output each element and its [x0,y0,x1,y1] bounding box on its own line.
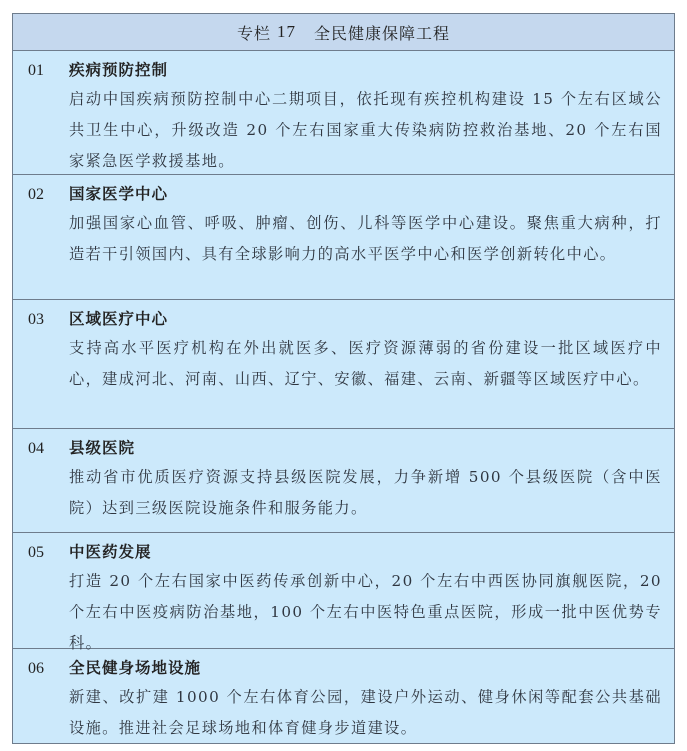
section-number: 01 [13,62,69,80]
section-title: 全民健身场地设施 [69,656,201,678]
section-body: 打造 20 个左右国家中医药传承创新中心，20 个左右中西医协同旗舰医院，20 … [69,566,662,659]
section-number: 03 [13,311,69,329]
section-regional-medical-center: 03区域医疗中心 支持高水平医疗机构在外出就医多、医疗资源薄弱的省份建设一批区域… [13,300,674,429]
column-panel: 专栏 17 全民健康保障工程 01疾病预防控制 启动中国疾病预防控制中心二期项目… [12,13,675,744]
section-body: 支持高水平医疗机构在外出就医多、医疗资源薄弱的省份建设一批区域医疗中心，建成河北… [69,333,662,395]
section-title: 区域医疗中心 [69,307,168,329]
header-title: 全民健康保障工程 [314,21,450,44]
panel-header: 专栏 17 全民健康保障工程 [13,14,674,51]
header-label: 专栏 [237,21,271,44]
section-body: 加强国家心血管、呼吸、肿瘤、创伤、儿科等医学中心建设。聚焦重大病种，打造若干引领… [69,208,662,270]
section-number: 05 [13,544,69,562]
section-tcm-development: 05中医药发展 打造 20 个左右国家中医药传承创新中心，20 个左右中西医协同… [13,533,674,649]
section-body: 启动中国疾病预防控制中心二期项目，依托现有疾控机构建设 15 个左右区域公共卫生… [69,84,662,177]
section-body: 新建、改扩建 1000 个左右体育公园，建设户外运动、健身休闲等配套公共基础设施… [69,682,662,744]
section-national-medical-center: 02国家医学中心 加强国家心血管、呼吸、肿瘤、创伤、儿科等医学中心建设。聚焦重大… [13,175,674,300]
section-title: 疾病预防控制 [69,58,168,80]
section-county-hospital: 04县级医院 推动省市优质医疗资源支持县级医院发展，力争新增 500 个县级医院… [13,429,674,533]
section-number: 02 [13,186,69,204]
section-title: 县级医院 [69,436,135,458]
section-title: 国家医学中心 [69,182,168,204]
section-number: 04 [13,440,69,458]
section-number: 06 [13,660,69,678]
header-number: 17 [277,22,296,42]
section-disease-control: 01疾病预防控制 启动中国疾病预防控制中心二期项目，依托现有疾控机构建设 15 … [13,51,674,175]
section-title: 中医药发展 [69,540,152,562]
section-fitness-facilities: 06全民健身场地设施 新建、改扩建 1000 个左右体育公园，建设户外运动、健身… [13,649,674,743]
section-body: 推动省市优质医疗资源支持县级医院发展，力争新增 500 个县级医院（含中医院）达… [69,462,662,524]
